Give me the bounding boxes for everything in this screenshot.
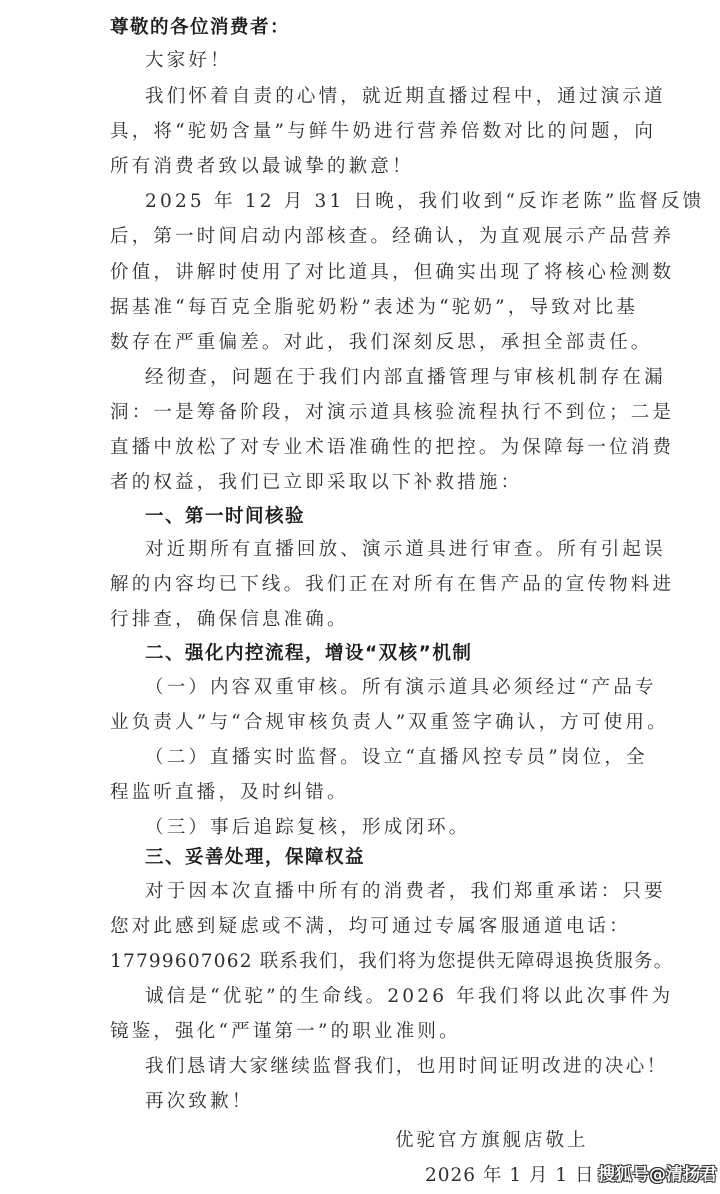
paragraph-line: 我们恳请大家继续监督我们，也用时间证明改进的决心！ [145, 1055, 668, 1079]
watermark: 搜狐号@清扬君 [598, 1160, 717, 1185]
paragraph-line: 解的内容均已下线。我们正在对所有在售产品的宣传物料进 [110, 573, 674, 597]
paragraph-line: 诚信是“优驼”的生命线。2026 年我们将以此次事件为 [145, 985, 673, 1009]
paragraph-line: 行排查，确保信息准确。 [110, 608, 349, 632]
paragraph-line: 洞：一是筹备阶段，对演示道具核验流程执行不到位；二是 [110, 401, 674, 425]
paragraph-line: 经彻查，问题在于我们内部直播管理与审核机制存在漏 [145, 366, 666, 390]
paragraph-line: 我们怀着自责的心情，就近期直播过程中，通过演示道 [145, 85, 666, 109]
paragraph-line: （一）内容双重审核。所有演示道具必须经过“产品专 [145, 676, 657, 700]
paragraph-line: 后，第一时间启动内部核查。经确认，为直观展示产品营养 [110, 225, 674, 249]
letter-salutation: 尊敬的各位消费者： [110, 16, 290, 40]
section-heading-2: 二、强化内控流程，增设“双核”机制 [145, 642, 472, 666]
paragraph-line: 据基准“每百克全脂驼奶粉”表述为“驼奶”，导致对比基 [110, 296, 638, 320]
paragraph-line: 2025 年 12 月 31 日晚，我们收到“反诈老陈”监督反馈 [145, 190, 704, 214]
section-heading-3: 三、妥善处理，保障权益 [145, 846, 365, 870]
paragraph-line: 对于因本次直播中所有的消费者，我们郑重承诺：只要 [145, 880, 666, 904]
paragraph-line: 镜鉴，强化“严谨第一”的职业准则。 [110, 1020, 461, 1044]
phone-line: 17799607062 联系我们，我们将为您提供无障碍退换货服务。 [110, 950, 673, 974]
paragraph-line: 大家好！ [145, 49, 232, 73]
paragraph-line: 者的权益，我们已立即采取以下补救措施： [110, 471, 522, 495]
paragraph-line: 再次致歉！ [145, 1090, 254, 1114]
signature: 优驼官方旗舰店敬上 [395, 1126, 589, 1152]
paragraph-line: 对近期所有直播回放、演示道具进行审查。所有引起误 [145, 538, 666, 562]
paragraph-line: （三）事后追踪复核，形成闭环。 [145, 816, 471, 840]
paragraph-line: 业负责人”与“合规审核负责人”双重签字确认，方可使用。 [110, 711, 669, 735]
paragraph-line: 具，将“驼奶含量”与鲜牛奶进行营养倍数对比的问题，向 [110, 120, 656, 144]
paragraph-line: 所有消费者致以最诚挚的歉意！ [110, 155, 414, 179]
paragraph-line: 程监听直播，及时纠错。 [110, 781, 349, 805]
paragraph-line: （二）直播实时监督。设立“直播风控专员”岗位，全 [145, 746, 648, 770]
paragraph-line: 直播中放松了对专业术语准确性的把控。为保障每一位消费 [110, 436, 674, 460]
section-heading-1: 一、第一时间核验 [145, 505, 305, 529]
paragraph-line: 价值，讲解时使用了对比道具，但确实出现了将核心检测数 [110, 261, 674, 285]
paragraph-line: 您对此感到疑虑或不满，均可通过专属客服通道电话： [110, 915, 631, 939]
letter-date: 2026 年 1 月 1 日 [425, 1161, 595, 1187]
paragraph-line: 数存在严重偏差。对此，我们深刻反思，承担全部责任。 [110, 331, 653, 355]
